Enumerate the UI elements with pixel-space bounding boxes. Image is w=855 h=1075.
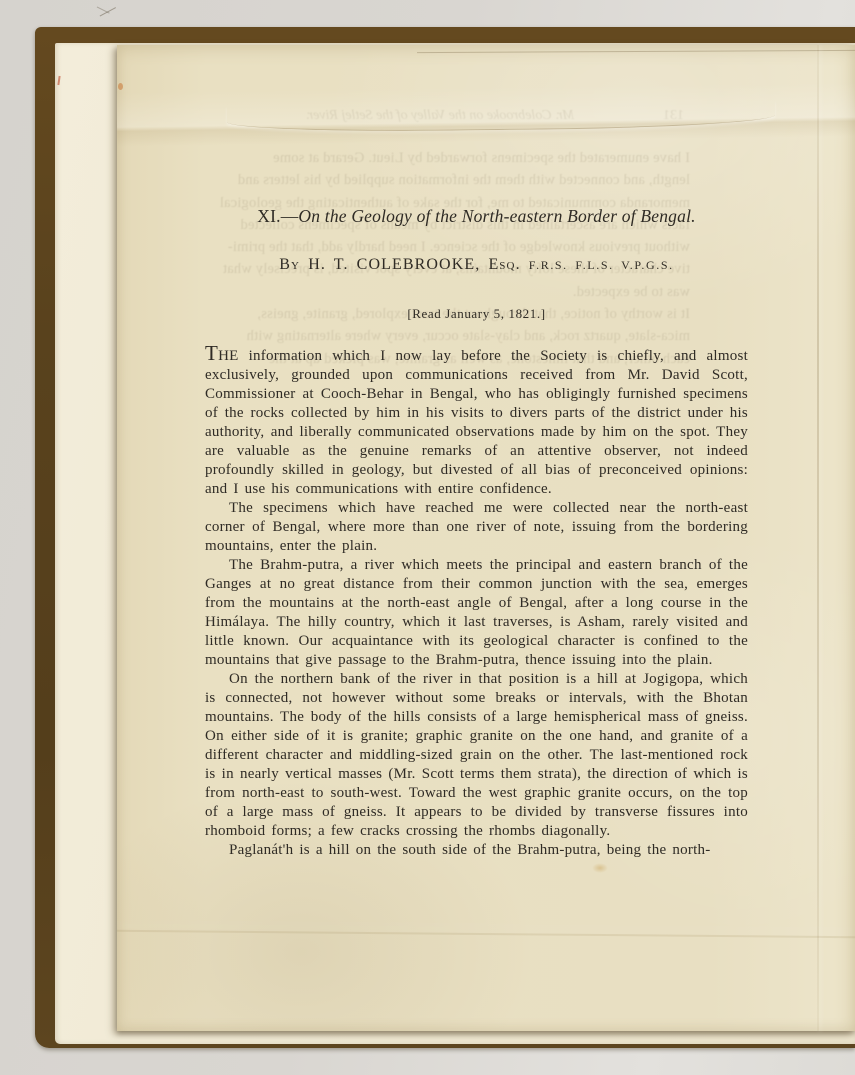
printed-text-block: XI.—On the Geology of the North-eastern … xyxy=(205,45,748,860)
scanned-page: 131 Mr. Colebrooke on the Valley of the … xyxy=(117,45,855,1031)
paragraph: THE information which I now lay before t… xyxy=(205,346,748,499)
paragraph: On the northern bank of the river in tha… xyxy=(205,670,748,841)
paragraph: Paglanát'h is a hill on the south side o… xyxy=(205,841,748,860)
bottom-fold-line xyxy=(117,930,855,938)
vertical-crease xyxy=(817,45,819,1031)
photo-of-book-page: 131 Mr. Colebrooke on the Valley of the … xyxy=(0,0,855,1075)
byline-post-nominals: F.R.S. F.L.S. V.P.G.S. xyxy=(529,258,674,272)
byline-esquire: Esq. xyxy=(488,256,520,273)
article-title: XI.—On the Geology of the North-eastern … xyxy=(205,205,748,227)
byline: By H. T. COLEBROOKE, Esq. F.R.S. F.L.S. … xyxy=(205,254,748,276)
paper-stain xyxy=(592,863,608,873)
background-scratch-mark xyxy=(94,0,116,16)
read-date-note: [Read January 5, 1821.] xyxy=(205,305,748,322)
paragraph: The specimens which have reached me were… xyxy=(205,499,748,556)
article-title-text: On the Geology of the North-eastern Bord… xyxy=(298,206,695,226)
byline-by: By xyxy=(279,256,300,273)
article-body: THE information which I now lay before t… xyxy=(205,346,748,860)
byline-author-name: H. T. COLEBROOKE, xyxy=(308,256,480,273)
article-number: XI.— xyxy=(257,206,298,226)
paper-stain-small xyxy=(118,83,123,90)
paragraph: The Brahm-putra, a river which meets the… xyxy=(205,556,748,670)
